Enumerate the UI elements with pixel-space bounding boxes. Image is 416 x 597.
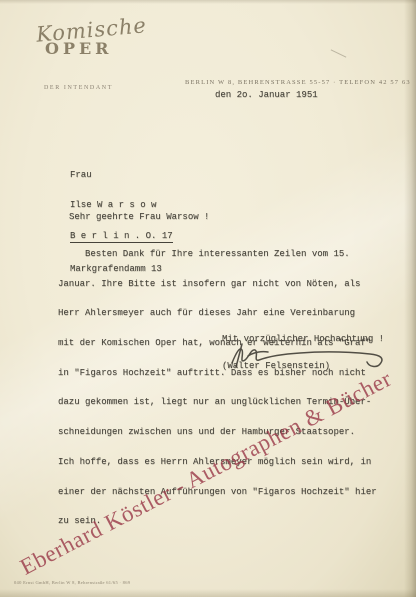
body-line: Herr Ahlersmeyer auch für dieses Jahr ei…: [58, 309, 377, 319]
body-line: Januar. Ihre Bitte ist insofern gar nich…: [58, 280, 377, 290]
salutation: Sehr geehrte Frau Warsow !: [69, 212, 209, 222]
scan-edge-bottom: [0, 589, 416, 597]
komische-oper-logo: Komische OPER: [36, 18, 147, 58]
recipient-name: Ilse W a r s o w: [70, 200, 173, 210]
scan-edge-top: [0, 0, 416, 4]
logo-script-text: Komische: [35, 13, 148, 47]
letter-body: Besten Dank für Ihre interessanten Zeile…: [58, 230, 377, 547]
body-line: einer der nächsten Aufführungen von "Fig…: [58, 488, 377, 498]
date-line: den 2o. Januar 1951: [215, 90, 318, 100]
printer-imprint: 040 Ernst GmbH, Berlin W 8, Behrenstraße…: [14, 580, 130, 585]
letterhead-address-line: BERLIN W 8, BEHRENSTRASSE 55-57 · TELEFO…: [185, 79, 411, 86]
recipient-title: Frau: [70, 170, 173, 180]
body-line: Besten Dank für Ihre interessanten Zeile…: [58, 250, 377, 260]
body-line: schneidungen zwischen uns und der Hambur…: [58, 428, 377, 438]
scan-edge-right: [404, 0, 416, 597]
typed-signer-name: (Walter Felsenstein): [222, 361, 330, 371]
paper-crease-mark: [331, 49, 347, 57]
intendant-subtitle: DER INTENDANT: [44, 85, 113, 91]
letter-scan-page: Komische OPER DER INTENDANT BERLIN W 8, …: [0, 0, 416, 597]
